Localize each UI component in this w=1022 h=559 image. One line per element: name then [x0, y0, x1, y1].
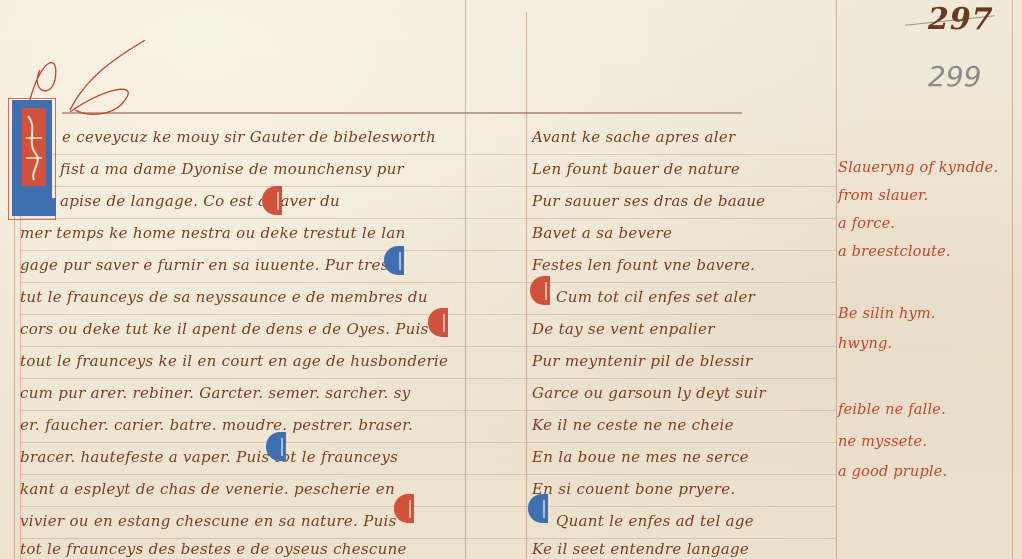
- text-line: Ke il seet entendre langage: [532, 540, 749, 558]
- text-line: cors ou deke tut ke il apent de dens e d…: [20, 320, 429, 338]
- red-paraph-icon: [530, 276, 550, 305]
- text-line: er. faucher. carier. batre. moudre. pest…: [20, 416, 413, 434]
- top-ruling-line: [62, 112, 742, 114]
- red-paraph-icon: [428, 308, 448, 337]
- folio-number-ink: 297: [928, 2, 994, 37]
- text-line: Pur sauuer ses dras de baaue: [532, 192, 765, 210]
- blue-paraph-icon: [266, 432, 286, 461]
- ruling-line: [20, 154, 836, 155]
- ruling-line: [20, 346, 836, 347]
- text-line: Bavet a sa bevere: [532, 224, 672, 242]
- column-divider-rule-2: [526, 12, 527, 559]
- blue-paraph-icon: [384, 246, 404, 275]
- ruling-line: [20, 442, 836, 443]
- text-line: kant a espleyt de chas de venerie. pesch…: [20, 480, 395, 498]
- text-line: gage pur saver e furnir en sa iuuente. P…: [20, 256, 389, 274]
- marginal-gloss: ne myssete.: [838, 434, 927, 450]
- text-line: Quant le enfes ad tel age: [556, 512, 754, 530]
- text-line: En si couent bone pryere.: [532, 480, 735, 498]
- ruling-line: [20, 314, 836, 315]
- text-line: Len fount bauer de nature: [532, 160, 740, 178]
- marginal-gloss: a breestcloute.: [838, 244, 951, 260]
- text-line: mer temps ke home nestra ou deke trestut…: [20, 224, 406, 242]
- ruling-line: [20, 506, 836, 507]
- text-line: Cum tot cil enfes set aler: [556, 288, 755, 306]
- ruling-line: [20, 538, 836, 539]
- outer-margin-rule: [1012, 0, 1013, 559]
- ruling-line: [20, 410, 836, 411]
- text-line: Pur meyntenir pil de blessir: [532, 352, 752, 370]
- text-line: vivier ou en estang chescune en sa natur…: [20, 512, 397, 530]
- marginal-gloss: a force.: [838, 216, 895, 232]
- text-line: De tay se vent enpalier: [532, 320, 715, 338]
- marginal-gloss: from slauer.: [838, 188, 928, 204]
- text-line: tut le fraunceys de sa neyssaunce e de m…: [20, 288, 428, 306]
- ruling-line: [20, 186, 836, 187]
- right-margin-rule: [836, 0, 837, 559]
- ruling-line: [20, 250, 836, 251]
- red-paraph-icon: [394, 494, 414, 523]
- ruling-line: [20, 378, 836, 379]
- decorated-initial-L-icon: [8, 98, 56, 220]
- text-line: bracer. hautefeste a vaper. Puis tot le …: [20, 448, 398, 466]
- text-line: tot le fraunceys des bestes e de oyseus …: [20, 540, 407, 558]
- ruling-line: [20, 282, 836, 283]
- column-divider-rule: [465, 0, 466, 559]
- text-line: tout le fraunceys ke il en court en age …: [20, 352, 448, 370]
- text-line: Garce ou garsoun ly deyt suir: [532, 384, 766, 402]
- ruling-line: [20, 218, 836, 219]
- text-line: En la boue ne mes ne serce: [532, 448, 749, 466]
- text-line: apise de langage. Co est a saver du: [60, 192, 340, 210]
- ruling-line: [20, 474, 836, 475]
- blue-paraph-icon: [528, 494, 548, 523]
- text-line: Ke il ne ceste ne ne cheie: [532, 416, 734, 434]
- text-line: e ceveycuz ke mouy sir Gauter de bibeles…: [62, 128, 436, 146]
- marginal-gloss: Be silin hym.: [838, 306, 936, 322]
- text-line: Avant ke sache apres aler: [532, 128, 736, 146]
- folio-number-pencil: 299: [928, 60, 981, 93]
- marginal-gloss: hwyng.: [838, 336, 892, 352]
- text-line: cum pur arer. rebiner. Garcter. semer. s…: [20, 384, 411, 402]
- marginal-gloss: a good pruple.: [838, 464, 947, 480]
- red-paraph-icon: [262, 186, 282, 215]
- marginal-gloss: feible ne falle.: [838, 402, 946, 418]
- text-line: Festes len fount vne bavere.: [532, 256, 755, 274]
- text-line: fist a ma dame Dyonise de mounchensy pur: [60, 160, 404, 178]
- marginal-gloss: Slaueryng of kyndde.: [838, 160, 998, 176]
- manuscript-page: 297 299 e ceveycuz ke mouy sir Gauter de…: [0, 0, 1022, 559]
